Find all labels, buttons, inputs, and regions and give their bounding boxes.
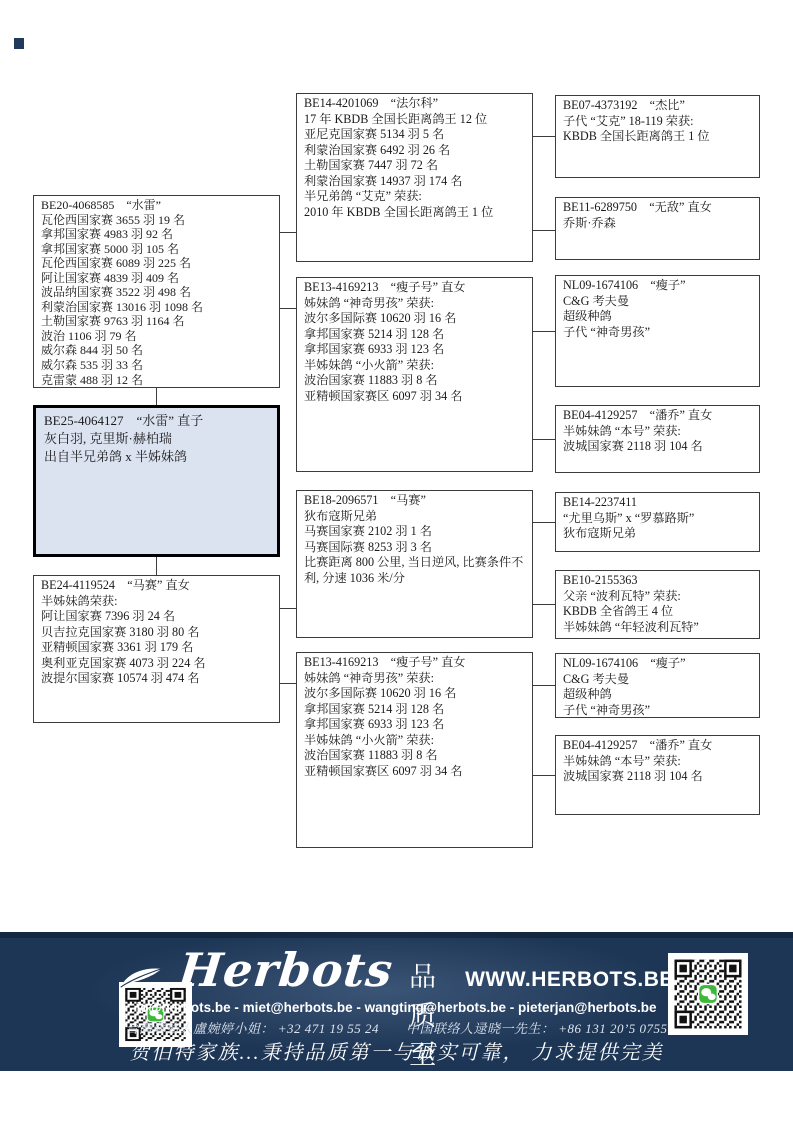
ring-number: BE20-4068585 “水雷” bbox=[41, 198, 273, 213]
feather-icon bbox=[119, 966, 163, 995]
pedigree-box-sd-dam: BE04-4129257 “潘乔” 直女 半姊妹鸽 “本号” 荣获: 波城国家赛… bbox=[555, 405, 760, 473]
ring-number: BE11-6289750 “无敌” 直女 bbox=[563, 200, 753, 216]
achievements: 半姊妹鸽荣获: 阿让国家赛 7396 羽 24 名 贝吉拉克国家赛 3180 羽… bbox=[41, 594, 273, 687]
achievements: 半姊妹鸽 “本号” 荣获: 波城国家赛 2118 羽 104 名 bbox=[563, 424, 753, 455]
connector-line bbox=[533, 522, 555, 523]
footer-logo-row: Herbots 品 质 至 上 WWW.HERBOTS.BE bbox=[120, 943, 673, 999]
connector-line bbox=[280, 232, 296, 233]
footer-emails: jo@herbots.be - miet@herbots.be - wangti… bbox=[120, 1000, 673, 1015]
wechat-icon bbox=[698, 984, 718, 1004]
ring-number: BE04-4129257 “潘乔” 直女 bbox=[563, 408, 753, 424]
ring-number: BE24-4119524 “马赛” 直女 bbox=[41, 578, 273, 594]
connector-line bbox=[533, 604, 555, 605]
achievements: 瓦伦西国家赛 3655 羽 19 名 拿邦国家赛 4983 羽 92 名 拿邦国… bbox=[41, 213, 273, 388]
achievements: 乔斯·乔森 bbox=[563, 216, 753, 232]
connector-line bbox=[280, 608, 296, 609]
pedigree-box-ss-dam: BE11-6289750 “无敌” 直女 乔斯·乔森 bbox=[555, 197, 760, 260]
ring-number: BE13-4169213 “瘦子号” 直女 bbox=[304, 655, 526, 671]
qr-pattern bbox=[672, 957, 744, 1031]
ring-number: NL09-1674106 “瘦子” bbox=[563, 278, 753, 294]
connector-line bbox=[533, 331, 555, 332]
wechat-qr-code-right bbox=[668, 953, 748, 1035]
achievements: 姊妹鸽 “神奇男孩” 荣获: 波尔多国际赛 10620 羽 16 名 拿邦国家赛… bbox=[304, 296, 526, 405]
connector-line bbox=[533, 685, 555, 686]
pedigree-box-sire-dam: BE13-4169213 “瘦子号” 直女 姊妹鸽 “神奇男孩” 荣获: 波尔多… bbox=[296, 277, 533, 472]
connector-line bbox=[533, 230, 555, 231]
footer-tagline: 贺伯特家族...秉持品质第一与诚实可靠， 力求提供完美的服务！ bbox=[120, 1036, 673, 1094]
ring-number: BE25-4064127 “水雷” 直子 bbox=[44, 412, 269, 430]
ring-number: BE18-2096571 “马赛” bbox=[304, 493, 526, 509]
ring-number: BE14-2237411 bbox=[563, 495, 753, 511]
pedigree-box-sire-sire: BE14-4201069 “法尔科” 17 年 KBDB 全国长距离鸽王 12 … bbox=[296, 93, 533, 262]
achievements: “尤里乌斯” x “罗慕路斯” 狄布寇斯兄弟 bbox=[563, 511, 753, 542]
footer-website: WWW.HERBOTS.BE bbox=[465, 968, 674, 992]
achievements: 17 年 KBDB 全国长距离鸽王 12 位 亚尼克国家赛 5134 羽 5 名… bbox=[304, 112, 526, 221]
connector-line bbox=[533, 136, 555, 137]
achievements: 狄布寇斯兄弟 马赛国家赛 2102 羽 1 名 马赛国际赛 8253 羽 3 名… bbox=[304, 509, 526, 587]
footer-contacts: 台灣聯絡人盧婉婷小姐： +32 471 19 55 24 中国联络人逯晓一先生：… bbox=[120, 1018, 673, 1037]
ring-number: BE10-2155363 bbox=[563, 573, 753, 589]
ring-number: NL09-1674106 “瘦子” bbox=[563, 656, 753, 672]
pedigree-page: BE20-4068585 “水雷” 瓦伦西国家赛 3655 羽 19 名 拿邦国… bbox=[0, 0, 793, 1122]
pedigree-box-sd-sire: NL09-1674106 “瘦子” C&G 考夫曼 超级种鸽 子代 “神奇男孩” bbox=[555, 275, 760, 387]
ring-number: BE04-4129257 “潘乔” 直女 bbox=[563, 738, 753, 754]
achievements: 子代 “艾克” 18-119 荣获: KBDB 全国长距离鸽王 1 位 bbox=[563, 114, 753, 145]
description: 灰白羽, 克里斯·赫柏瑞 出自半兄弟鸽 x 半姊妹鸽 bbox=[44, 430, 269, 466]
achievements: 姊妹鸽 “神奇男孩” 荣获: 波尔多国际赛 10620 羽 16 名 拿邦国家赛… bbox=[304, 671, 526, 780]
pedigree-box-dam-dam: BE13-4169213 “瘦子号” 直女 姊妹鸽 “神奇男孩” 荣获: 波尔多… bbox=[296, 652, 533, 848]
pedigree-box-dam-sire: BE18-2096571 “马赛” 狄布寇斯兄弟 马赛国家赛 2102 羽 1 … bbox=[296, 490, 533, 638]
pedigree-box-subject: BE25-4064127 “水雷” 直子 灰白羽, 克里斯·赫柏瑞 出自半兄弟鸽… bbox=[33, 405, 280, 557]
connector-line bbox=[156, 388, 157, 405]
ring-number: BE07-4373192 “杰比” bbox=[563, 98, 753, 114]
achievements: C&G 考夫曼 超级种鸽 子代 “神奇男孩” bbox=[563, 294, 753, 341]
corner-mark bbox=[14, 38, 24, 49]
ring-number: BE13-4169213 “瘦子号” 直女 bbox=[304, 280, 526, 296]
pedigree-box-ds-dam: BE10-2155363 父亲 “波利瓦特” 荣获: KBDB 全省鸽王 4 位… bbox=[555, 570, 760, 639]
connector-line bbox=[533, 775, 555, 776]
achievements: 父亲 “波利瓦特” 荣获: KBDB 全省鸽王 4 位 半姊妹鸽 “年轻波利瓦特… bbox=[563, 589, 753, 636]
pedigree-box-dd-dam: BE04-4129257 “潘乔” 直女 半姊妹鸽 “本号” 荣获: 波城国家赛… bbox=[555, 735, 760, 815]
pedigree-box-sire: BE20-4068585 “水雷” 瓦伦西国家赛 3655 羽 19 名 拿邦国… bbox=[33, 195, 280, 388]
pedigree-box-ss-sire: BE07-4373192 “杰比” 子代 “艾克” 18-119 荣获: KBD… bbox=[555, 95, 760, 178]
connector-line bbox=[533, 439, 555, 440]
pedigree-box-dd-sire: NL09-1674106 “瘦子” C&G 考夫曼 超级种鸽 子代 “神奇男孩” bbox=[555, 653, 760, 718]
connector-line bbox=[156, 557, 157, 575]
connector-line bbox=[280, 308, 296, 309]
herbots-logo: Herbots bbox=[176, 943, 396, 997]
connector-line bbox=[280, 683, 296, 684]
ring-number: BE14-4201069 “法尔科” bbox=[304, 96, 526, 112]
achievements: C&G 考夫曼 超级种鸽 子代 “神奇男孩” bbox=[563, 672, 753, 719]
pedigree-box-ds-sire: BE14-2237411 “尤里乌斯” x “罗慕路斯” 狄布寇斯兄弟 bbox=[555, 492, 760, 552]
achievements: 半姊妹鸽 “本号” 荣获: 波城国家赛 2118 羽 104 名 bbox=[563, 754, 753, 785]
pedigree-box-dam: BE24-4119524 “马赛” 直女 半姊妹鸽荣获: 阿让国家赛 7396 … bbox=[33, 575, 280, 723]
